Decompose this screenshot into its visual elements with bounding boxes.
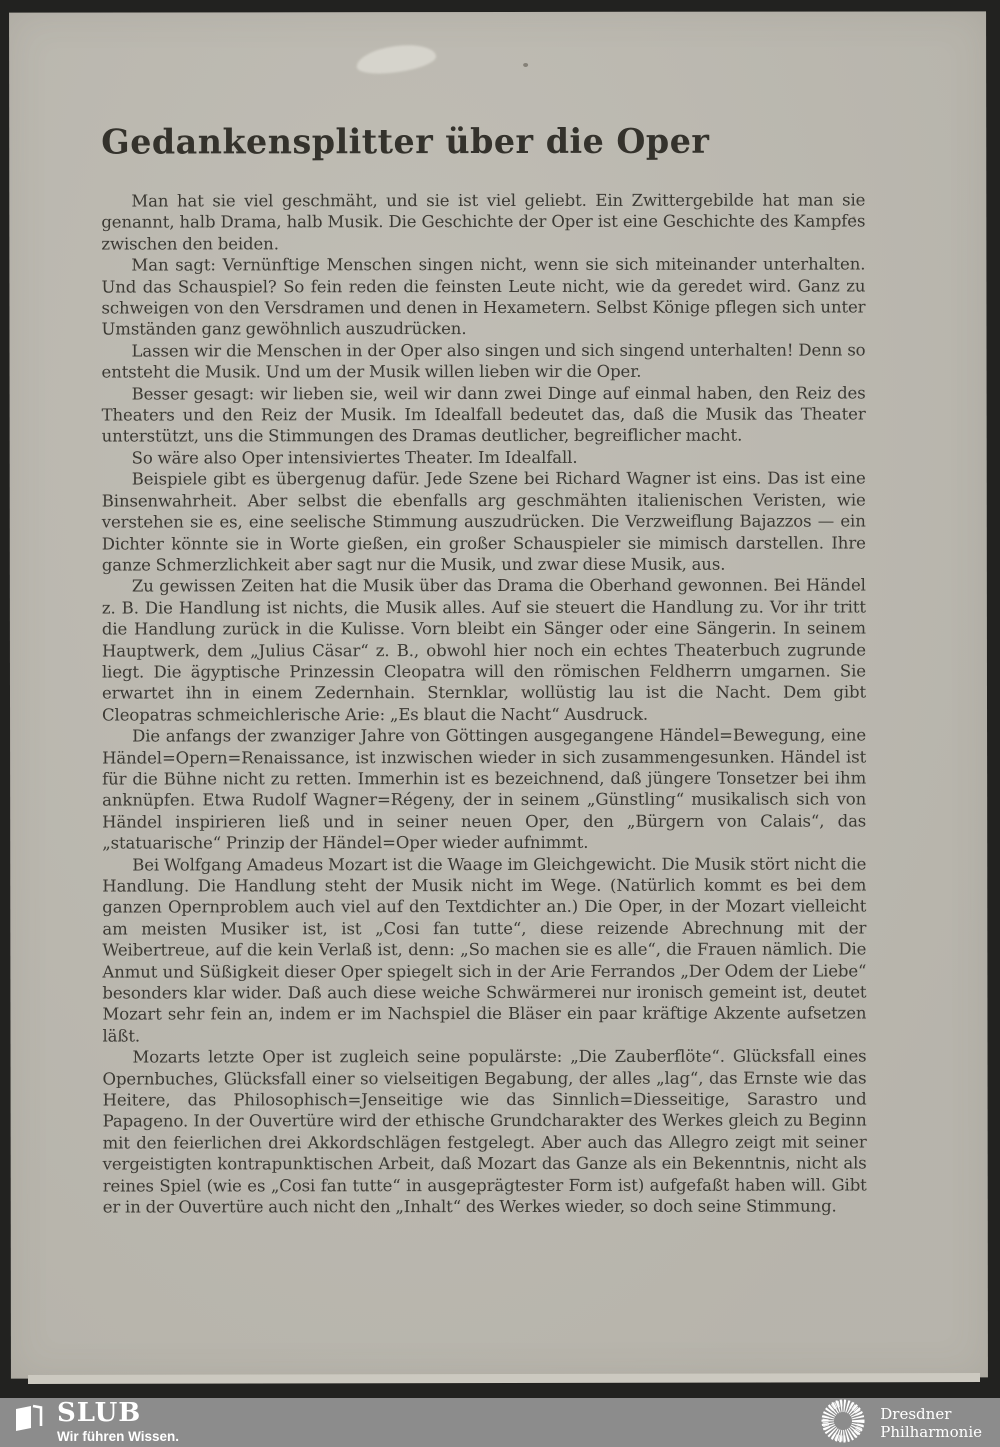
slub-tagline: Wir führen Wissen. — [57, 1428, 179, 1445]
document-content: Gedankensplitter über die Oper Man hat s… — [101, 121, 867, 1218]
second-sheet-edge — [28, 1373, 980, 1384]
paragraph: Besser gesagt: wir lieben sie, weil wir … — [102, 382, 866, 447]
paper-speck — [523, 63, 528, 67]
paragraph: Die anfangs der zwanziger Jahre von Gött… — [102, 725, 866, 855]
open-book-icon — [14, 1403, 44, 1437]
paragraph: Man hat sie viel geschmäht, und sie ist … — [101, 189, 865, 254]
philharmonie-line1: Dresdner — [880, 1405, 951, 1423]
scanned-paper-sheet: Gedankensplitter über die Oper Man hat s… — [9, 11, 988, 1378]
paragraph: Man sagt: Vernünftige Menschen singen ni… — [101, 254, 865, 341]
watermark-footer-bar: SLUB Wir führen Wissen. Dresdner Philhar… — [0, 1398, 1000, 1447]
paragraph: Beispiele gibt es übergenug dafür. Jede … — [102, 468, 866, 576]
paragraph: Zu gewissen Zeiten hat die Musik über da… — [102, 575, 866, 726]
philharmonie-branding: Dresdner Philharmonie — [820, 1398, 982, 1447]
paragraph: Mozarts letzte Oper ist zugleich seine p… — [102, 1046, 866, 1218]
philharmonie-wordmark: Dresdner Philharmonie — [880, 1405, 982, 1441]
scanned-page-view: { "document": { "title": "Gedankensplitt… — [0, 0, 1000, 1447]
slub-branding: SLUB Wir führen Wissen. — [14, 1400, 179, 1445]
document-title: Gedankensplitter über die Oper — [101, 122, 850, 163]
paragraph: Lassen wir die Menschen in der Oper also… — [102, 339, 866, 383]
slub-wordmark-block: SLUB Wir führen Wissen. — [57, 1400, 179, 1445]
document-body: Man hat sie viel geschmäht, und sie ist … — [101, 189, 866, 1218]
slub-wordmark: SLUB — [57, 1400, 179, 1426]
sunburst-icon — [820, 1398, 866, 1447]
paragraph: Bei Wolfgang Amadeus Mozart ist die Waag… — [102, 853, 866, 1047]
paper-fold-highlight — [355, 41, 438, 78]
paragraph: So wäre also Oper intensiviertes Theater… — [102, 446, 866, 468]
philharmonie-line2: Philharmonie — [880, 1423, 982, 1441]
